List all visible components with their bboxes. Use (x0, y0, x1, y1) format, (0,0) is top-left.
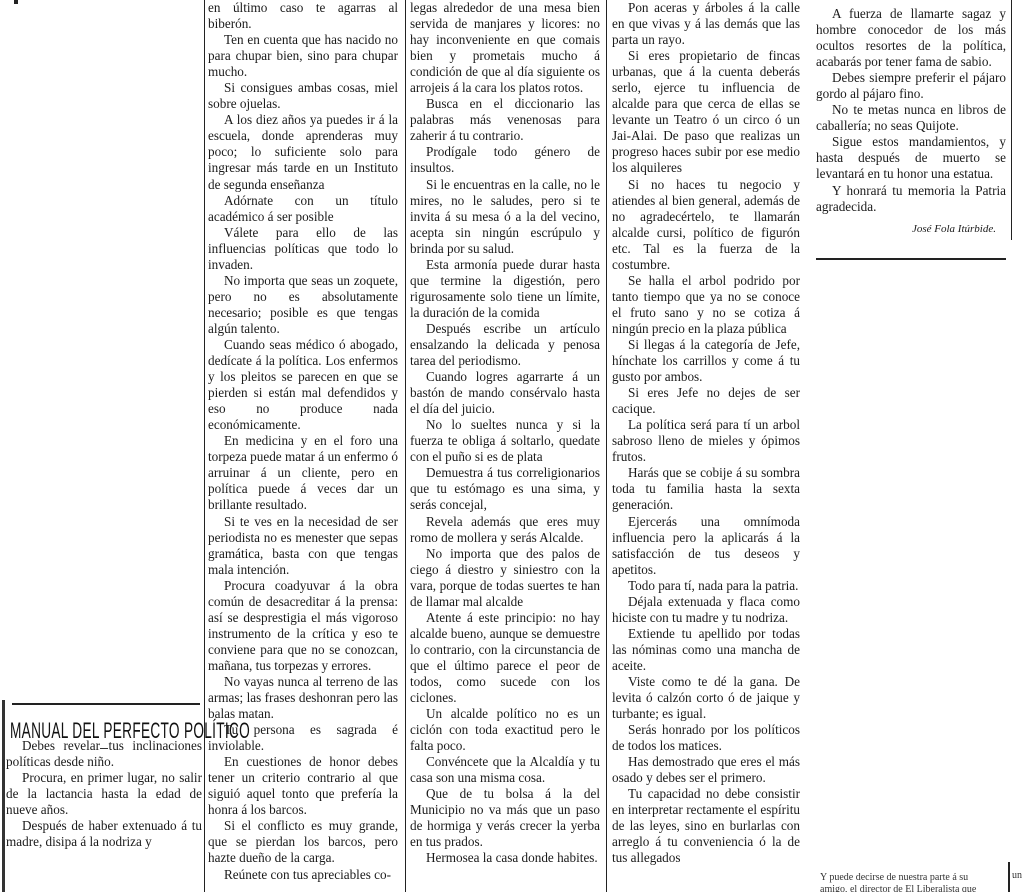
paragraph: Atente á este principio: no hay alcalde … (410, 610, 600, 706)
paragraph: En cuestiones de honor debes tener un cr… (208, 754, 398, 818)
paragraph: Después de haber extenuado á tu madre, d… (6, 818, 202, 850)
paragraph: Un alcalde político no es un ciclón con … (410, 706, 600, 754)
paragraph: Procura, en primer lugar, no salir de la… (6, 770, 202, 818)
paragraph: Si eres propietario de fincas urbanas, q… (612, 48, 800, 176)
paragraph: Y honrará tu memoria la Patria agradecid… (816, 183, 1006, 215)
paragraph: Esta armonía puede durar hasta que termi… (410, 257, 600, 321)
article-column-5: A fuerza de llamarte sagaz y hombre cono… (816, 6, 1006, 237)
article-column-2: en último caso te agarras al biberón. Te… (208, 0, 398, 883)
paragraph: Busca en el diccionario las palabras más… (410, 96, 600, 144)
paragraph: Si consigues ambas cosas, miel sobre oju… (208, 80, 398, 112)
paragraph: Sigue estos mandamientos, y hasta despué… (816, 134, 1006, 182)
paragraph: Todo para tí, nada para la patria. (612, 578, 800, 594)
article-column-1: Debes revelar tus inclinaciones política… (6, 738, 202, 850)
author-signature: José Fola Itúrbide. (816, 221, 1006, 237)
paragraph: Hermosea la casa donde habites. (410, 850, 600, 866)
paragraph: No vayas nunca al terreno de las armas; … (208, 674, 398, 722)
paragraph: Válete para ello de las influencias polí… (208, 225, 398, 273)
paragraph: En medicina y en el foro una torpeza pue… (208, 433, 398, 513)
scan-artifact (14, 0, 18, 4)
paragraph: Si llegas á la categoría de Jefe, híncha… (612, 337, 800, 385)
paragraph: Harás que se cobije á su sombra toda tu … (612, 465, 800, 513)
adjacent-article-line-2: amigo, el director de El Liberalista que (820, 884, 1006, 892)
column-rule-4 (1011, 0, 1012, 240)
paragraph: Si te ves en la necesidad de ser periodi… (208, 514, 398, 578)
article-column-4: Pon aceras y árboles á la calle en que v… (612, 0, 800, 867)
paragraph: Si le encuentras en la calle, no le mire… (410, 177, 600, 257)
paragraph: No te metas nunca en libros de caballerí… (816, 102, 1006, 134)
paragraph: Revela además que eres muy romo de molle… (410, 514, 600, 546)
paragraph: Viste como te dé la gana. De levita ó ca… (612, 674, 800, 722)
paragraph: Convéncete que la Alcaldía y tu casa son… (410, 754, 600, 786)
paragraph: Déjala extenuada y flaca como hiciste co… (612, 594, 800, 626)
paragraph: legas alrededor de una mesa bien servida… (410, 0, 600, 96)
paragraph: Procura coadyuvar á la obra común de des… (208, 578, 398, 674)
paragraph: Que de tu bolsa á la del Municipio no va… (410, 786, 600, 850)
paragraph: Prodígale todo género de insultos. (410, 144, 600, 176)
paragraph: No lo sueltes nunca y si la fuerza te ob… (410, 417, 600, 465)
article-top-rule (12, 703, 200, 705)
paragraph: Cuando seas médico ó abogado, dedícate á… (208, 337, 398, 433)
paragraph: Si eres Jefe no dejes de ser cacique. (612, 385, 800, 417)
paragraph: Si el conflicto es muy grande, que se pi… (208, 818, 398, 866)
paragraph: Si no haces tu negocio y atiendes al bie… (612, 177, 800, 273)
adjacent-article-edge-fragment: un (1012, 870, 1024, 882)
paragraph: No importa que seas un zoquete, pero no … (208, 273, 398, 337)
paragraph: Debes revelar tus inclinaciones política… (6, 738, 202, 770)
paragraph: Pon aceras y árboles á la calle en que v… (612, 0, 800, 48)
paragraph: Tu persona es sagrada é inviolable. (208, 722, 398, 754)
paragraph: Demuestra á tus correligionarios que tu … (410, 465, 600, 513)
paragraph: Se halla el arbol podrido por tanto tiem… (612, 273, 800, 337)
column-rule-3 (606, 0, 607, 892)
paragraph: A fuerza de llamarte sagaz y hombre cono… (816, 6, 1006, 70)
paragraph: Serás honrado por los políticos de todos… (612, 722, 800, 754)
paragraph: A los diez años ya puedes ir á la escuel… (208, 112, 398, 192)
paragraph: Debes siempre preferir el pájaro gordo a… (816, 70, 1006, 102)
column-rule-1 (204, 0, 205, 892)
paragraph: en último caso te agarras al biberón. (208, 0, 398, 32)
paragraph: Extiende tu apellido por todas las nómin… (612, 626, 800, 674)
paragraph: Ten en cuenta que has nacido no para chu… (208, 32, 398, 80)
paragraph: Adórnate con un título académico á ser p… (208, 193, 398, 225)
adjacent-article-line-1: Y puede decirse de nuestra parte á su (820, 872, 1006, 884)
paragraph: No importa que des palos de ciego á dies… (410, 546, 600, 610)
article-column-3: legas alrededor de una mesa bien servida… (410, 0, 600, 867)
column-rule-5 (1008, 862, 1010, 892)
paragraph: Has demostrado que eres el más osado y d… (612, 754, 800, 786)
article-end-rule (816, 258, 1006, 260)
paragraph: Después escribe un artículo ensalzando l… (410, 321, 600, 369)
paragraph: Cuando logres agarrarte á un bastón de m… (410, 369, 600, 417)
paragraph: Reúnete con tus apreciables co- (208, 867, 398, 883)
column-rule-left-edge (2, 700, 5, 892)
column-rule-2 (405, 0, 406, 892)
paragraph: La política será para tí un arbol sabros… (612, 417, 800, 465)
paragraph: Ejercerás una omnímoda influencia pero l… (612, 514, 800, 578)
paragraph: Tu capacidad no debe consistir en interp… (612, 786, 800, 866)
